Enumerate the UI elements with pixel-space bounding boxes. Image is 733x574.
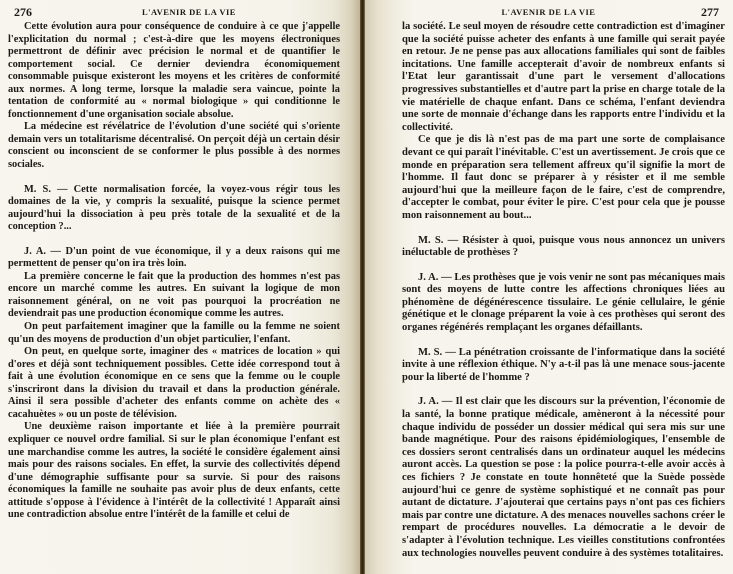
right-page: L'AVENIR DE LA VIE 277 la société. Le se… xyxy=(362,0,733,574)
running-title: L'AVENIR DE LA VIE xyxy=(402,7,695,17)
page-number: 277 xyxy=(701,5,719,20)
paragraph: Ce que je dis là n'est pas de ma part un… xyxy=(402,134,725,222)
interviewee-answer: J. A. — D'un point de vue économique, il… xyxy=(8,246,340,271)
paragraph: Une deuxième raison importante et liée à… xyxy=(8,421,340,521)
book-spine xyxy=(360,0,365,574)
interviewer-question: M. S. — La pénétration croissante de l'i… xyxy=(402,347,725,385)
page-number: 276 xyxy=(14,5,32,20)
interviewer-question: M. S. — Résister à quoi, puisque vous no… xyxy=(402,235,725,260)
running-title: L'AVENIR DE LA VIE xyxy=(38,7,340,17)
page-header: 276 L'AVENIR DE LA VIE xyxy=(8,2,340,18)
left-page: 276 L'AVENIR DE LA VIE Cette évolution a… xyxy=(0,0,362,574)
paragraph-continued: la société. Le seul moyen de résoudre ce… xyxy=(402,21,725,134)
paragraph: On peut parfaitement imaginer que la fam… xyxy=(8,321,340,346)
paragraph: Cette évolution aura pour conséquence de… xyxy=(8,21,340,121)
interviewee-answer: J. A. — Il est clair que les discours su… xyxy=(402,396,725,560)
interviewee-answer: J. A. — Les prothèses que je vois venir … xyxy=(402,272,725,335)
paragraph: On peut, en quelque sorte, imaginer des … xyxy=(8,346,340,421)
paragraph: La médecine est révélatrice de l'évoluti… xyxy=(8,121,340,171)
interviewer-question: M. S. — Cette normalisation forcée, la v… xyxy=(8,184,340,234)
page-header: L'AVENIR DE LA VIE 277 xyxy=(402,2,725,18)
book-spread: 276 L'AVENIR DE LA VIE Cette évolution a… xyxy=(0,0,733,574)
paragraph: La première concerne le fait que la prod… xyxy=(8,271,340,321)
